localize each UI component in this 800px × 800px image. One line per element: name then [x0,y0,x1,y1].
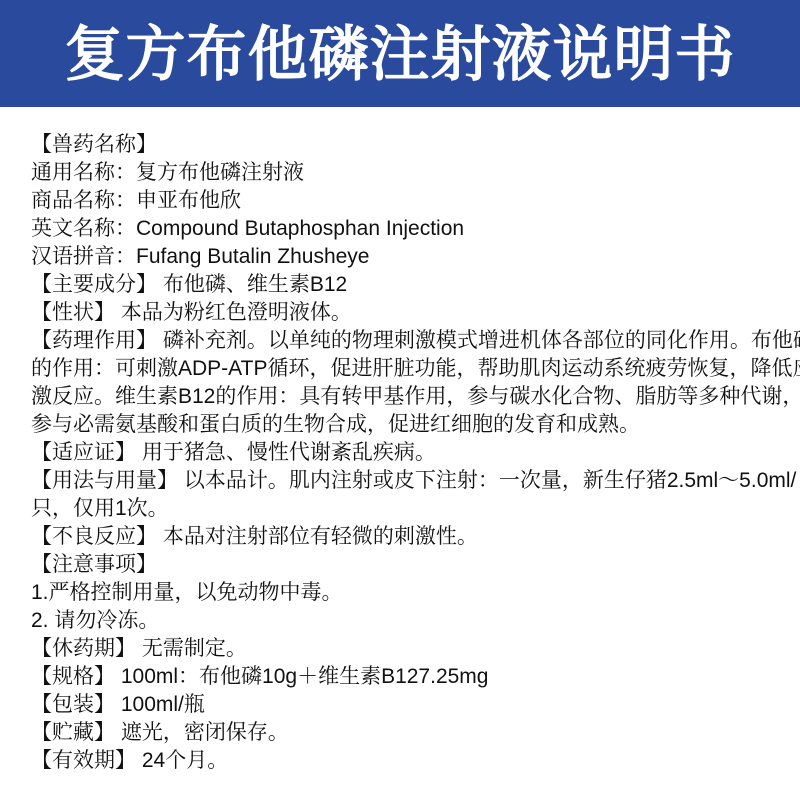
document-line: 【有效期】 24个月。 [31,747,772,775]
document-line: 商品名称：申亚布他欣 [31,187,772,215]
document-line: 【用法与用量】 以本品计。肌内注射或皮下注射：一次量，新生仔猪2.5ml～5.0… [31,467,772,495]
document-line: 只，仅用1次。 [31,495,772,523]
document-line: 的作用：可刺激ADP-ATP循环，促进肝脏功能，帮助肌肉运动系统疲劳恢复，降低应 [31,355,772,383]
document-line: 【注意事项】 [31,551,772,579]
document-line: 参与必需氨基酸和蛋白质的生物合成，促进红细胞的发育和成熟。 [31,411,772,439]
document-line: 【药理作用】 磷补充剂。以单纯的物理刺激模式增进机体各部位的同化作用。布他磷 [31,327,772,355]
document-line: 英文名称：Compound Butaphosphan Injection [31,215,772,243]
page-title: 复方布他磷注射液说明书 [65,23,736,85]
header-banner: 复方布他磷注射液说明书 [0,0,800,107]
document-line: 【包装】 100ml/瓶 [31,691,772,719]
document-line: 2. 请勿冷冻。 [31,607,772,635]
instruction-sheet-page: 复方布他磷注射液说明书 【兽药名称】通用名称：复方布他磷注射液商品名称：申亚布他… [0,0,800,800]
document-line: 通用名称：复方布他磷注射液 [31,159,772,187]
document-line: 【不良反应】 本品对注射部位有轻微的刺激性。 [31,523,772,551]
document-line: 汉语拼音：Fufang Butalin Zhusheye [31,243,772,271]
document-line: 1.严格控制用量，以免动物中毒。 [31,579,772,607]
document-line: 【适应证】 用于猪急、慢性代谢紊乱疾病。 [31,439,772,467]
document-line: 【休药期】 无需制定。 [31,635,772,663]
document-line: 【规格】 100ml：布他磷10g＋维生素B127.25mg [31,663,772,691]
document-line: 【主要成分】 布他磷、维生素B12 [31,271,772,299]
document-line: 激反应。维生素B12的作用：具有转甲基作用，参与碳水化合物、脂肪等多种代谢， [31,383,772,411]
document-line: 【兽药名称】 [31,131,772,159]
document-body: 【兽药名称】通用名称：复方布他磷注射液商品名称：申亚布他欣英文名称：Compou… [0,107,800,775]
document-line: 【贮藏】 遮光，密闭保存。 [31,719,772,747]
document-line: 【性状】 本品为粉红色澄明液体。 [31,299,772,327]
